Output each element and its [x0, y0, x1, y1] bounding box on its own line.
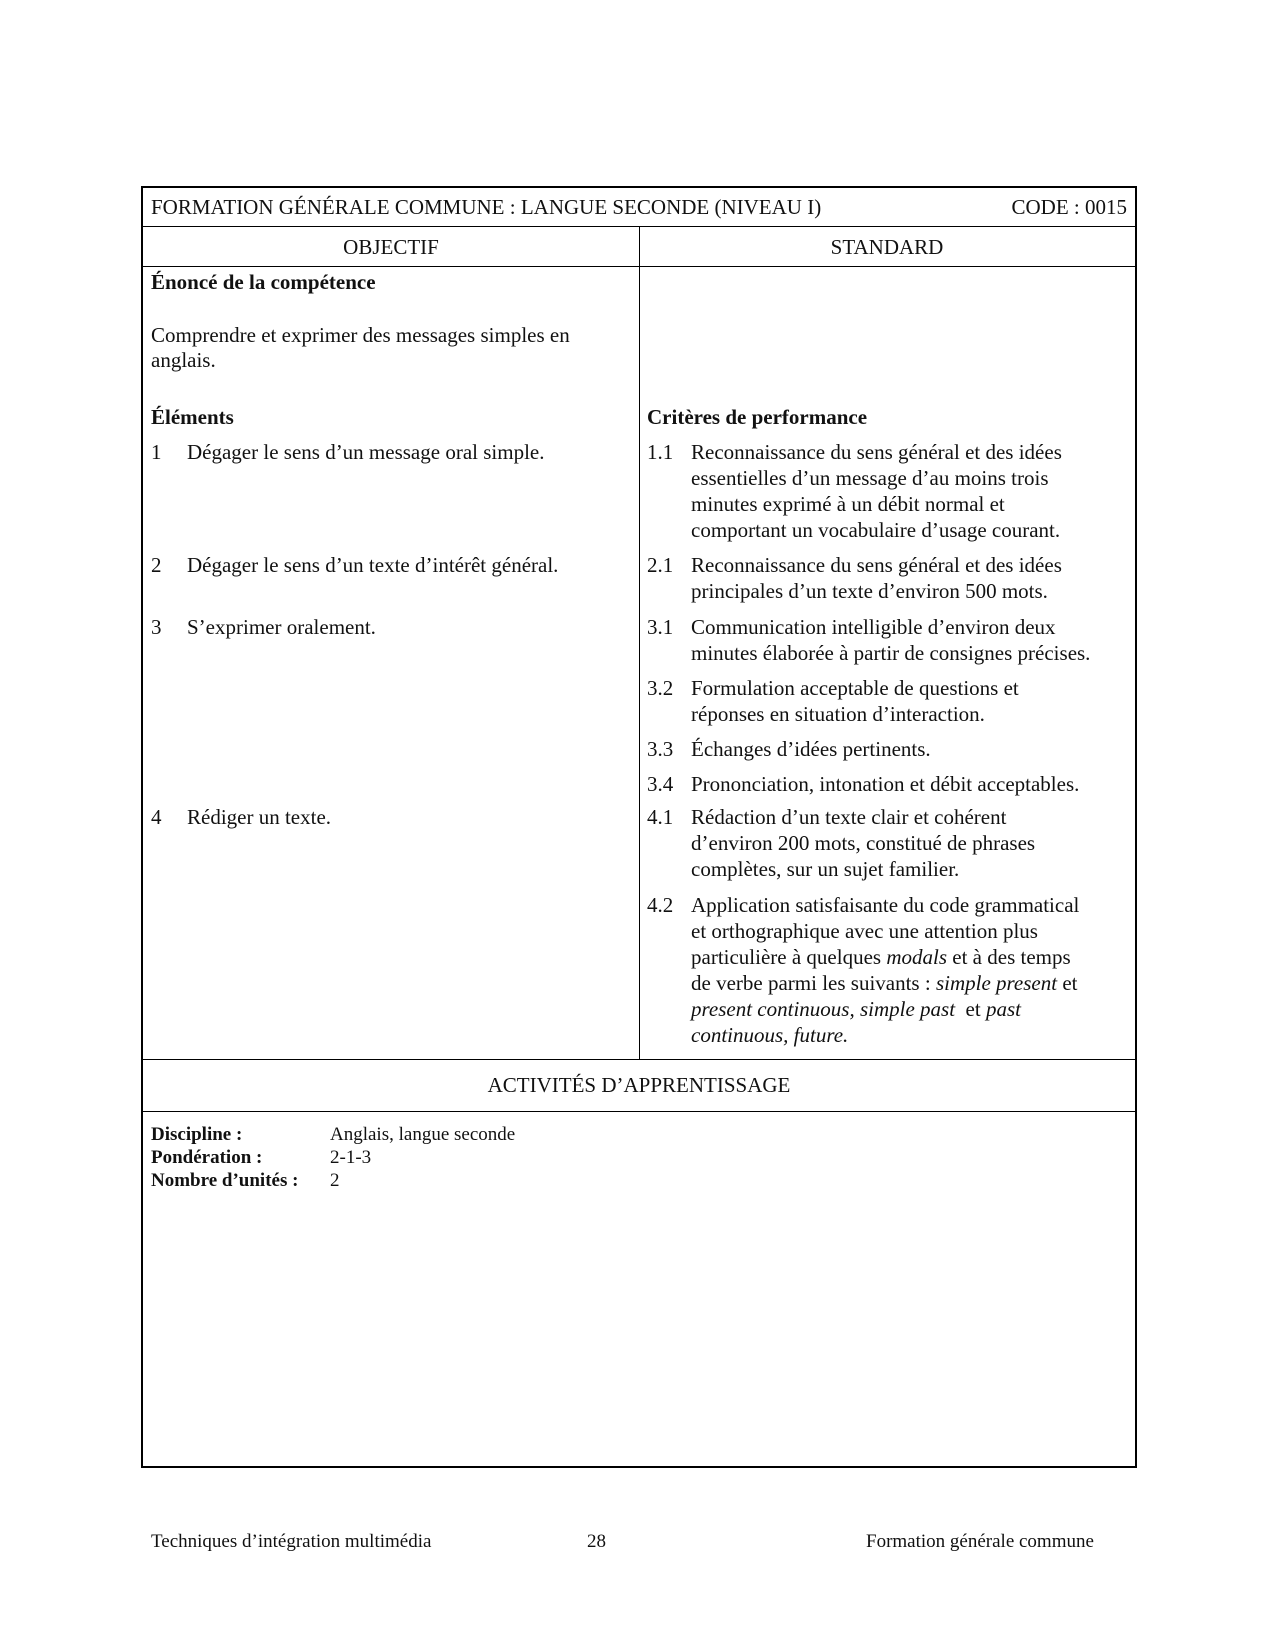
ponderation-value: 2-1-3 [330, 1146, 371, 1170]
footer-section: Formation générale commune [866, 1530, 1094, 1554]
criterion-number: 3.2 [647, 675, 673, 701]
units-label: Nombre d’unités : [151, 1169, 298, 1193]
criterion-number: 3.3 [647, 736, 673, 762]
competence-text-line2: anglais. [151, 347, 216, 373]
competence-heading: Énoncé de la compétence [151, 269, 376, 295]
criteria-heading: Critères de performance [647, 404, 867, 430]
ponderation-label: Pondération : [151, 1146, 262, 1170]
criterion-number: 1.1 [647, 439, 673, 465]
page-number: 28 [587, 1530, 606, 1554]
criterion-number: 2.1 [647, 552, 673, 578]
criterion-text: Rédaction d’un texte clair et cohérentd’… [691, 804, 1035, 882]
units-value: 2 [330, 1169, 340, 1193]
footer-program: Techniques d’intégration multimédia [151, 1530, 431, 1554]
criterion-text: Prononciation, intonation et débit accep… [691, 771, 1079, 797]
criterion-number: 4.1 [647, 804, 673, 830]
discipline-value: Anglais, langue seconde [330, 1123, 515, 1147]
activities-heading: ACTIVITÉS D’APPRENTISSAGE [143, 1072, 1135, 1098]
column-header-objectif: OBJECTIF [143, 234, 639, 260]
element-text: Rédiger un texte. [187, 804, 331, 830]
criterion-text: Reconnaissance du sens général et des id… [691, 439, 1062, 543]
criterion-text: Échanges d’idées pertinents. [691, 736, 931, 762]
element-text: S’exprimer oralement. [187, 614, 376, 640]
criterion-text: Communication intelligible d’environ deu… [691, 614, 1090, 666]
element-number: 3 [151, 614, 162, 640]
column-divider [639, 226, 640, 1059]
course-code: CODE : 0015 [1012, 194, 1128, 220]
document-page: FORMATION GÉNÉRALE COMMUNE : LANGUE SECO… [0, 0, 1275, 1650]
rule-activities-top [143, 1059, 1135, 1060]
element-number: 4 [151, 804, 162, 830]
rule-activities-bottom [143, 1111, 1135, 1112]
column-header-standard: STANDARD [639, 234, 1135, 260]
competency-table: FORMATION GÉNÉRALE COMMUNE : LANGUE SECO… [141, 186, 1137, 1468]
element-number: 1 [151, 439, 162, 465]
table-title: FORMATION GÉNÉRALE COMMUNE : LANGUE SECO… [151, 194, 821, 220]
element-number: 2 [151, 552, 162, 578]
element-text: Dégager le sens d’un message oral simple… [187, 439, 544, 465]
criterion-number: 4.2 [647, 892, 673, 918]
competence-text-line1: Comprendre et exprimer des messages simp… [151, 322, 570, 348]
discipline-label: Discipline : [151, 1123, 242, 1147]
criterion-text: Application satisfaisante du code gramma… [691, 892, 1079, 1048]
element-text: Dégager le sens d’un texte d’intérêt gén… [187, 552, 558, 578]
criterion-text: Formulation acceptable de questions etré… [691, 675, 1019, 727]
elements-heading: Éléments [151, 404, 234, 430]
criterion-number: 3.4 [647, 771, 673, 797]
criterion-number: 3.1 [647, 614, 673, 640]
criterion-text: Reconnaissance du sens général et des id… [691, 552, 1062, 604]
